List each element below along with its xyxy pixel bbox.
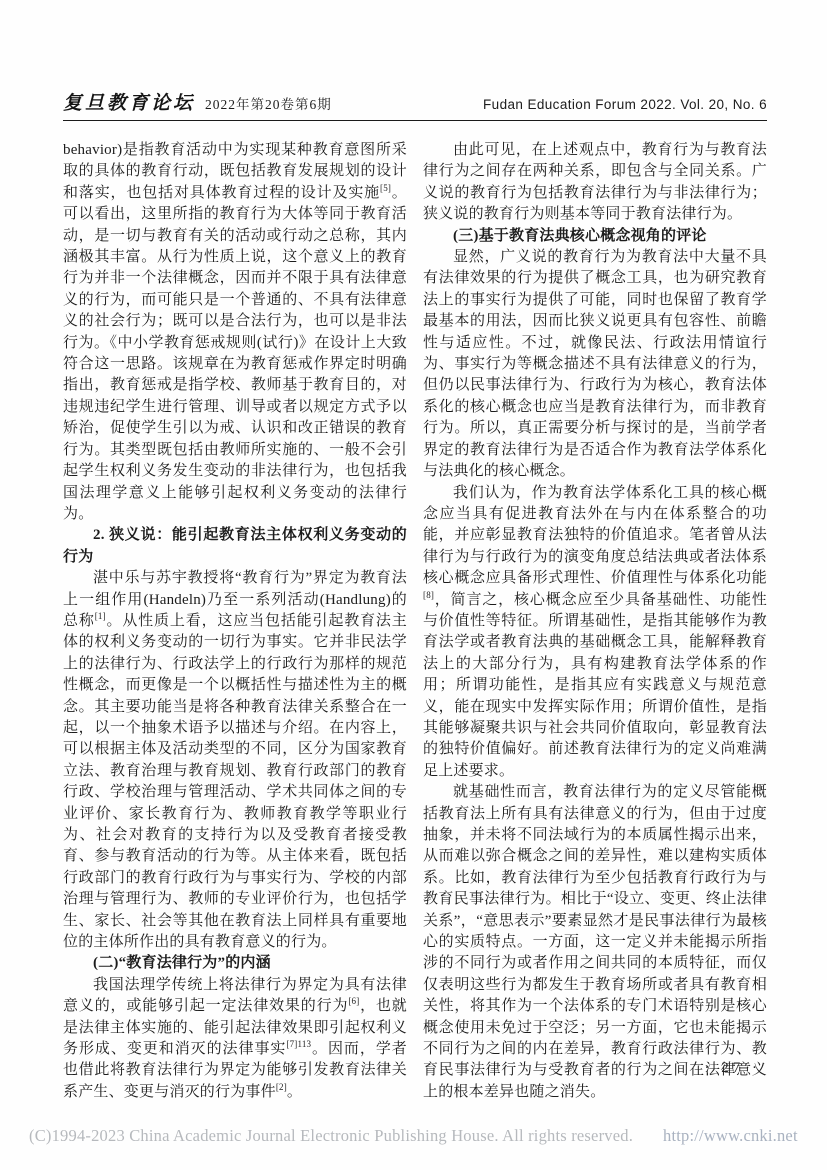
- page-number: · 27 ·: [705, 1060, 762, 1077]
- paragraph: 由此可见，在上述观点中，教育行为与教育法律行为之间存在两种关系，即包含与全同关系…: [423, 140, 767, 226]
- paragraph: 我国法理学传统上将法律行为界定为具有法律意义的，或能够引起一定法律效果的行为[6…: [63, 975, 407, 1103]
- section-heading: 2. 狭义说：能引起教育法主体权利义务变动的行为: [63, 525, 407, 568]
- paragraph: 湛中乐与苏宇教授将“教育行为”界定为教育法上一组作用(Handeln)乃至一系列…: [63, 568, 407, 953]
- journal-page: 复旦教育论坛2022年第20卷第6期 Fudan Education Forum…: [0, 0, 827, 1170]
- article-body: behavior)是指教育活动中为实现某种教育意图所采取的具体的教育行动，既包括…: [63, 140, 767, 1103]
- paragraph: 显然，广义说的教育行为为教育法中大量不具有法律效果的行为提供了概念工具，也为研究…: [423, 247, 767, 482]
- page-header: 复旦教育论坛2022年第20卷第6期 Fudan Education Forum…: [63, 88, 767, 115]
- paragraph: 就基础性而言，教育法律行为的定义尽管能概括教育法上所有具有法律意义的行为，但由于…: [423, 782, 767, 1103]
- left-column: behavior)是指教育活动中为实现某种教育意图所采取的具体的教育行动，既包括…: [63, 140, 407, 1103]
- header-rule: [63, 120, 767, 121]
- journal-title-cn: 复旦教育论坛: [63, 93, 195, 114]
- right-column: 由此可见，在上述观点中，教育行为与教育法律行为之间存在两种关系，即包含与全同关系…: [423, 140, 767, 1103]
- journal-title-en: Fudan Education Forum 2022. Vol. 20, No.…: [483, 97, 767, 112]
- section-heading: (三)基于教育法典核心概念视角的评论: [423, 226, 767, 247]
- paragraph: 我们认为，作为教育法学体系化工具的核心概念应当具有促进教育法外在与内在体系整合的…: [423, 483, 767, 783]
- footer-url: http://www.cnki.net: [663, 1126, 798, 1145]
- paragraph: behavior)是指教育活动中为实现某种教育意图所采取的具体的教育行动，既包括…: [63, 140, 407, 525]
- journal-issue: 2022年第20卷第6期: [205, 97, 332, 112]
- journal-title-group: 复旦教育论坛2022年第20卷第6期: [63, 88, 332, 115]
- footer-copyright: (C)1994-2023 China Academic Journal Elec…: [29, 1126, 633, 1145]
- page-footer: (C)1994-2023 China Academic Journal Elec…: [29, 1126, 798, 1146]
- section-heading: (二)“教育法律行为”的内涵: [63, 953, 407, 974]
